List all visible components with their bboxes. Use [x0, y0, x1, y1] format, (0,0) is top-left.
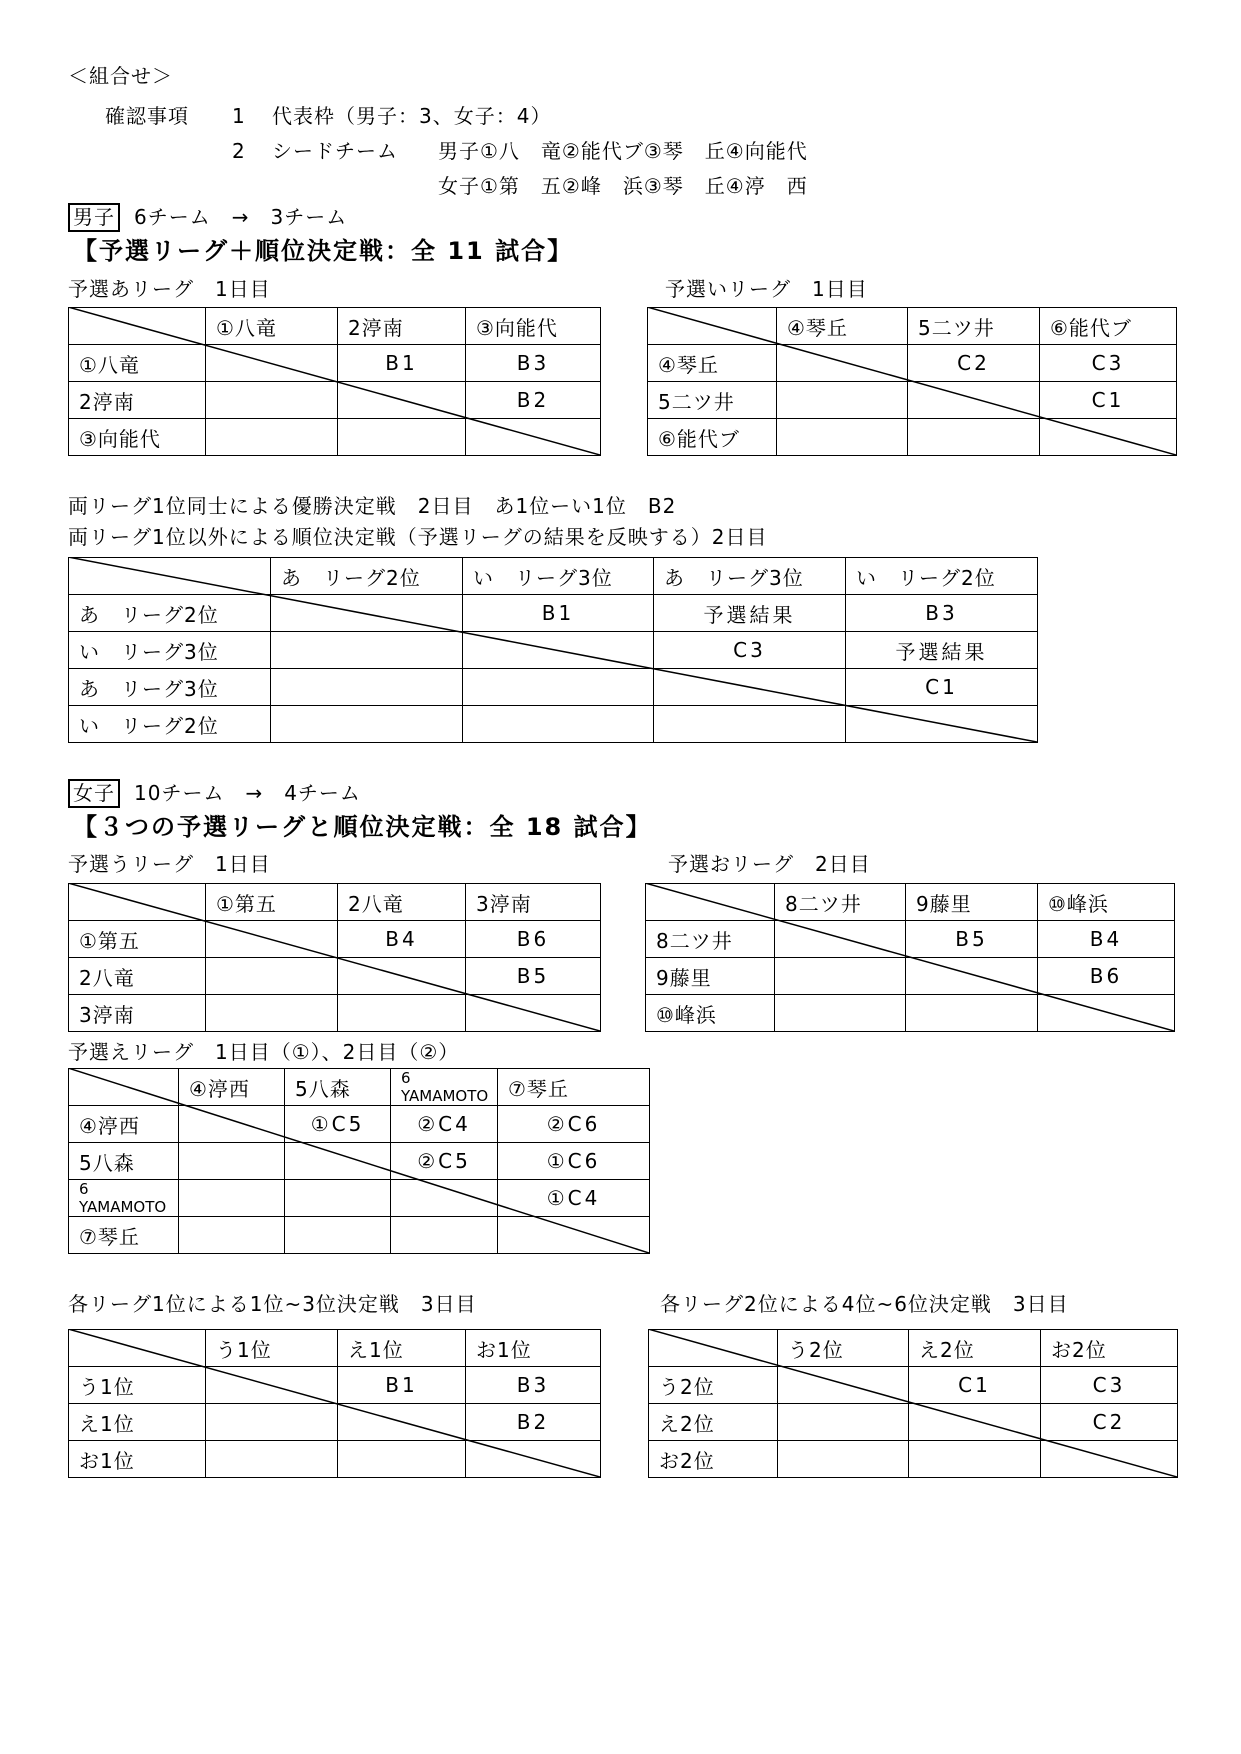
empty-cell — [179, 1106, 285, 1143]
empty-cell — [206, 921, 338, 958]
diagonal-corner-cell — [69, 1069, 179, 1106]
empty-cell — [906, 958, 1038, 995]
empty-cell — [908, 419, 1040, 456]
empty-cell — [463, 669, 654, 706]
final-4to6-table: う2位え2位お2位う2位C1C3え2位C2お2位 — [648, 1329, 1177, 1477]
column-header-cell: え1位 — [338, 1330, 466, 1367]
women-heading: 【３つの予選リーグと順位決定戦：全 18 試合】 — [73, 807, 652, 842]
column-header-cell: あ リーグ2位 — [271, 558, 463, 595]
league-i-caption: 予選いリーグ 1日目 — [665, 277, 868, 301]
league-i-table: ④琴丘5二ツ井⑥能代ブ④琴丘C2C35二ツ井C1⑥能代ブ — [647, 307, 1176, 455]
column-header-cell: う2位 — [778, 1330, 909, 1367]
row-header-cell: お2位 — [649, 1441, 778, 1478]
column-header-cell: 5二ツ井 — [908, 308, 1040, 345]
row-header-cell: 9藤里 — [646, 958, 775, 995]
match-code-cell: B5 — [906, 921, 1038, 958]
seed-teams-men: 男子①八 竜②能代ブ③琴 丘④向能代 — [438, 139, 808, 163]
match-code-cell: ②C5 — [391, 1143, 498, 1180]
column-header-cell: え2位 — [909, 1330, 1041, 1367]
matrix-table: ④渟西5八森6 YAMAMOTO⑦琴丘④渟西①C5②C4②C65八森②C5①C6… — [68, 1068, 650, 1254]
seed-teams-women: 女子①第 五②峰 浜③琴 丘④渟 西 — [438, 174, 808, 198]
empty-cell — [846, 706, 1038, 743]
match-code-cell: B1 — [463, 595, 654, 632]
empty-cell — [206, 345, 338, 382]
empty-cell — [466, 1441, 601, 1478]
diagonal-corner-cell — [646, 884, 775, 921]
empty-cell — [777, 382, 908, 419]
empty-cell — [179, 1143, 285, 1180]
diagonal-corner-cell — [649, 1330, 778, 1367]
match-code-cell: ①C5 — [285, 1106, 391, 1143]
column-header-cell: 5八森 — [285, 1069, 391, 1106]
column-header-cell: 3渟南 — [466, 884, 601, 921]
empty-cell — [1041, 1441, 1178, 1478]
confirm-item2-num: 2 — [232, 139, 246, 163]
empty-cell — [338, 1441, 466, 1478]
match-code-cell: ②C6 — [498, 1106, 650, 1143]
matrix-table: う1位え1位お1位う1位B1B3え1位B2お1位 — [68, 1329, 601, 1478]
match-code-cell: B3 — [846, 595, 1038, 632]
row-header-cell: え2位 — [649, 1404, 778, 1441]
league-a-table: ①八竜2渟南③向能代①八竜B1B32渟南B2③向能代 — [68, 307, 600, 455]
match-code-cell: C3 — [1040, 345, 1177, 382]
row-header-cell: 2渟南 — [69, 382, 206, 419]
empty-cell — [654, 706, 846, 743]
row-header-cell: ⑩峰浜 — [646, 995, 775, 1032]
match-code-cell: ①C6 — [498, 1143, 650, 1180]
row-header-cell: う1位 — [69, 1367, 206, 1404]
column-header-cell: ③向能代 — [466, 308, 601, 345]
league-o-table: 8二ツ井9藤里⑩峰浜8二ツ井B5B49藤里B6⑩峰浜 — [645, 883, 1174, 1031]
row-header-cell: 6 YAMAMOTO — [69, 1180, 179, 1217]
men-flow-text: 6チーム → 3チーム — [134, 205, 347, 229]
column-header-cell: ①第五 — [206, 884, 338, 921]
confirm-item2-label: シードチーム — [272, 139, 398, 163]
match-code-cell: B3 — [466, 345, 601, 382]
men-final-note-1: 両リーグ1位同士による優勝決定戦 2日目 あ1位ーい1位 B2 — [68, 494, 676, 518]
column-header-cell: ⑥能代ブ — [1040, 308, 1177, 345]
empty-cell — [909, 1441, 1041, 1478]
league-o-caption: 予選おリーグ 2日目 — [668, 852, 871, 876]
match-code-cell: B6 — [1038, 958, 1175, 995]
match-code-cell: B5 — [466, 958, 601, 995]
empty-cell — [463, 706, 654, 743]
row-header-cell: あ リーグ2位 — [69, 595, 271, 632]
diagonal-corner-cell — [69, 558, 271, 595]
column-header-cell: 2渟南 — [338, 308, 466, 345]
diagonal-corner-cell — [648, 308, 777, 345]
column-header-cell: ④渟西 — [179, 1069, 285, 1106]
empty-cell — [908, 382, 1040, 419]
league-u-table: ①第五2八竜3渟南①第五B4B62八竜B53渟南 — [68, 883, 600, 1031]
empty-cell — [271, 706, 463, 743]
row-header-cell: え1位 — [69, 1404, 206, 1441]
empty-cell — [1040, 419, 1177, 456]
empty-cell — [179, 1217, 285, 1254]
women-flow-text: 10チーム → 4チーム — [134, 781, 361, 805]
match-code-cell: C2 — [908, 345, 1040, 382]
empty-cell — [285, 1217, 391, 1254]
empty-cell — [1038, 995, 1175, 1032]
match-code-cell: B1 — [338, 1367, 466, 1404]
diagonal-corner-cell — [69, 308, 206, 345]
match-code-cell: ②C4 — [391, 1106, 498, 1143]
match-code-cell: 予選結果 — [654, 595, 846, 632]
column-header-cell: 9藤里 — [906, 884, 1038, 921]
row-header-cell: 2八竜 — [69, 958, 206, 995]
column-header-cell: い リーグ2位 — [846, 558, 1038, 595]
column-header-cell: お2位 — [1041, 1330, 1178, 1367]
league-a-caption: 予選あリーグ 1日目 — [68, 277, 271, 301]
row-header-cell: い リーグ2位 — [69, 706, 271, 743]
column-header-cell: ①八竜 — [206, 308, 338, 345]
matrix-table: う2位え2位お2位う2位C1C3え2位C2お2位 — [648, 1329, 1178, 1478]
row-header-cell: ④渟西 — [69, 1106, 179, 1143]
matrix-table: あ リーグ2位い リーグ3位あ リーグ3位い リーグ2位あ リーグ2位B1予選結… — [68, 557, 1038, 743]
confirm-item1-text: 代表枠（男子：3、女子：4） — [272, 104, 551, 128]
row-header-cell: ①八竜 — [69, 345, 206, 382]
column-header-cell: ⑦琴丘 — [498, 1069, 650, 1106]
match-code-cell: C3 — [1041, 1367, 1178, 1404]
empty-cell — [909, 1404, 1041, 1441]
column-header-cell: お1位 — [466, 1330, 601, 1367]
match-code-cell: C3 — [654, 632, 846, 669]
empty-cell — [391, 1180, 498, 1217]
match-code-cell: C2 — [1041, 1404, 1178, 1441]
empty-cell — [778, 1441, 909, 1478]
match-code-cell: B2 — [466, 382, 601, 419]
empty-cell — [206, 995, 338, 1032]
final-1to3-caption: 各リーグ1位による1位~3位決定戦 3日目 — [68, 1292, 477, 1316]
row-header-cell: い リーグ3位 — [69, 632, 271, 669]
match-code-cell: ①C4 — [498, 1180, 650, 1217]
empty-cell — [206, 1404, 338, 1441]
empty-cell — [271, 669, 463, 706]
column-header-cell: 2八竜 — [338, 884, 466, 921]
final-1to3-table: う1位え1位お1位う1位B1B3え1位B2お1位 — [68, 1329, 600, 1477]
match-code-cell: B3 — [466, 1367, 601, 1404]
empty-cell — [391, 1217, 498, 1254]
empty-cell — [338, 382, 466, 419]
men-placement-table: あ リーグ2位い リーグ3位あ リーグ3位い リーグ2位あ リーグ2位B1予選結… — [68, 557, 1037, 742]
empty-cell — [338, 1404, 466, 1441]
empty-cell — [775, 921, 906, 958]
men-heading: 【予選リーグ＋順位決定戦：全 11 試合】 — [73, 231, 573, 266]
match-code-cell: C1 — [1040, 382, 1177, 419]
women-badge: 女子 — [68, 779, 120, 808]
column-header-cell: 6 YAMAMOTO — [391, 1069, 498, 1106]
league-e-caption: 予選えリーグ 1日目（①）、2日目（②） — [68, 1040, 459, 1064]
row-header-cell: ⑥能代ブ — [648, 419, 777, 456]
row-header-cell: う2位 — [649, 1367, 778, 1404]
row-header-cell: ④琴丘 — [648, 345, 777, 382]
men-badge: 男子 — [68, 203, 120, 232]
match-code-cell: C1 — [846, 669, 1038, 706]
empty-cell — [654, 669, 846, 706]
row-header-cell: あ リーグ3位 — [69, 669, 271, 706]
empty-cell — [206, 1367, 338, 1404]
row-header-cell: 8二ツ井 — [646, 921, 775, 958]
column-header-cell: ④琴丘 — [777, 308, 908, 345]
empty-cell — [338, 995, 466, 1032]
diagonal-corner-cell — [69, 884, 206, 921]
matrix-table: ④琴丘5二ツ井⑥能代ブ④琴丘C2C35二ツ井C1⑥能代ブ — [647, 307, 1177, 456]
column-header-cell: あ リーグ3位 — [654, 558, 846, 595]
confirm-label: 確認事項 — [105, 104, 189, 128]
empty-cell — [775, 995, 906, 1032]
league-u-caption: 予選うリーグ 1日目 — [68, 852, 271, 876]
empty-cell — [206, 958, 338, 995]
column-header-cell: ⑩峰浜 — [1038, 884, 1175, 921]
empty-cell — [778, 1367, 909, 1404]
row-header-cell: 3渟南 — [69, 995, 206, 1032]
match-code-cell: B4 — [1038, 921, 1175, 958]
empty-cell — [271, 595, 463, 632]
empty-cell — [777, 345, 908, 382]
empty-cell — [206, 382, 338, 419]
women-flow-line: 女子10チーム → 4チーム — [68, 779, 361, 808]
match-code-cell: B2 — [466, 1404, 601, 1441]
empty-cell — [778, 1404, 909, 1441]
empty-cell — [206, 1441, 338, 1478]
empty-cell — [498, 1217, 650, 1254]
men-flow-line: 男子6チーム → 3チーム — [68, 203, 347, 232]
match-code-cell: B4 — [338, 921, 466, 958]
empty-cell — [906, 995, 1038, 1032]
page-title: ＜組合せ＞ — [68, 64, 173, 88]
empty-cell — [463, 632, 654, 669]
empty-cell — [338, 419, 466, 456]
men-final-note-2: 両リーグ1位以外による順位決定戦（予選リーグの結果を反映する）2日目 — [68, 525, 767, 549]
match-code-cell: B6 — [466, 921, 601, 958]
row-header-cell: 5八森 — [69, 1143, 179, 1180]
empty-cell — [775, 958, 906, 995]
confirm-item1-num: 1 — [232, 104, 246, 128]
match-code-cell: 予選結果 — [846, 632, 1038, 669]
empty-cell — [271, 632, 463, 669]
matrix-table: ①八竜2渟南③向能代①八竜B1B32渟南B2③向能代 — [68, 307, 601, 456]
empty-cell — [206, 419, 338, 456]
empty-cell — [285, 1143, 391, 1180]
row-header-cell: ⑦琴丘 — [69, 1217, 179, 1254]
document-page: ＜組合せ＞ 確認事項 1 代表枠（男子：3、女子：4） 2 シードチーム 男子①… — [0, 0, 1241, 1754]
diagonal-corner-cell — [69, 1330, 206, 1367]
matrix-table: 8二ツ井9藤里⑩峰浜8二ツ井B5B49藤里B6⑩峰浜 — [645, 883, 1175, 1032]
column-header-cell: う1位 — [206, 1330, 338, 1367]
empty-cell — [179, 1180, 285, 1217]
empty-cell — [777, 419, 908, 456]
match-code-cell: C1 — [909, 1367, 1041, 1404]
column-header-cell: 8二ツ井 — [775, 884, 906, 921]
row-header-cell: お1位 — [69, 1441, 206, 1478]
match-code-cell: B1 — [338, 345, 466, 382]
league-e-table: ④渟西5八森6 YAMAMOTO⑦琴丘④渟西①C5②C4②C65八森②C5①C6… — [68, 1068, 649, 1253]
empty-cell — [466, 995, 601, 1032]
final-4to6-caption: 各リーグ2位による4位~6位決定戦 3日目 — [660, 1292, 1069, 1316]
row-header-cell: ③向能代 — [69, 419, 206, 456]
confirm-line-1: 確認事項 — [105, 104, 189, 128]
empty-cell — [466, 419, 601, 456]
row-header-cell: 5二ツ井 — [648, 382, 777, 419]
empty-cell — [285, 1180, 391, 1217]
empty-cell — [338, 958, 466, 995]
matrix-table: ①第五2八竜3渟南①第五B4B62八竜B53渟南 — [68, 883, 601, 1032]
row-header-cell: ①第五 — [69, 921, 206, 958]
column-header-cell: い リーグ3位 — [463, 558, 654, 595]
